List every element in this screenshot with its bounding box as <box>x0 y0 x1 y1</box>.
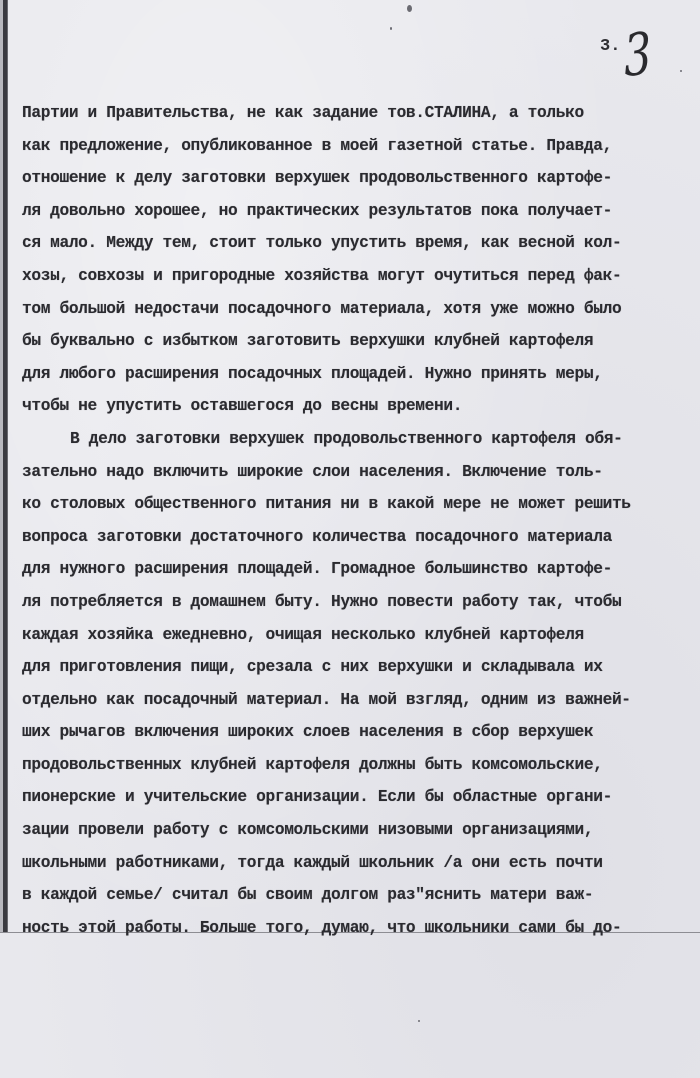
text-line: ля довольно хорошее, но практических рез… <box>22 195 692 228</box>
text-line: хозы, совхозы и пригородные хозяйства мо… <box>22 260 692 293</box>
text-line: для нужного расширения площадей. Громадн… <box>22 553 692 586</box>
text-line: зательно надо включить широкие слои насе… <box>22 456 692 489</box>
text-line: ность этой работы. Больше того, думаю, ч… <box>22 912 692 945</box>
text-line: для приготовления пищи, срезала с них ве… <box>22 651 692 684</box>
text-line: каждая хозяйка ежедневно, очищая несколь… <box>22 619 692 652</box>
text-line: ся мало. Между тем, стоит только упустит… <box>22 227 692 260</box>
text-line: отношение к делу заготовки верхушек прод… <box>22 162 692 195</box>
text-line: бы буквально с избытком заготовить верху… <box>22 325 692 358</box>
scan-speck <box>390 27 392 30</box>
text-line: чтобы не упустить оставшегося до весны в… <box>22 390 692 423</box>
text-line: в каждой семье/ считал бы своим долгом р… <box>22 879 692 912</box>
typewritten-body-text: Партии и Правительства, не как задание т… <box>22 97 692 944</box>
typed-page-number: 3. <box>600 37 620 56</box>
text-line: ко столовых общественного питания ни в к… <box>22 488 692 521</box>
text-line: зации провели работу с комсомольскими ни… <box>22 814 692 847</box>
text-line: ля потребляется в домашнем быту. Нужно п… <box>22 586 692 619</box>
handwritten-page-number: 3 <box>622 19 653 89</box>
text-line: продовольственных клубней картофеля долж… <box>22 749 692 782</box>
text-line: вопроса заготовки достаточного количеств… <box>22 521 692 554</box>
scanned-document-page: 3. 3 Партии и Правительства, не как зада… <box>0 0 700 1078</box>
scan-speck <box>418 1020 420 1022</box>
text-line: В дело заготовки верхушек продовольствен… <box>22 423 692 456</box>
text-line: том большой недостачи посадочного матери… <box>22 293 692 326</box>
text-line: как предложение, опубликованное в моей г… <box>22 130 692 163</box>
text-line: для любого расширения посадочных площаде… <box>22 358 692 391</box>
text-line: отдельно как посадочный материал. На мой… <box>22 684 692 717</box>
text-line: Партии и Правительства, не как задание т… <box>22 97 692 130</box>
scan-speck <box>407 5 412 12</box>
text-line: школьными работниками, тогда каждый школ… <box>22 847 692 880</box>
scan-speck <box>680 70 682 72</box>
binding-edge <box>3 0 8 932</box>
text-line: пионерские и учительские организации. Ес… <box>22 781 692 814</box>
text-line: ших рычагов включения широких слоев насе… <box>22 716 692 749</box>
